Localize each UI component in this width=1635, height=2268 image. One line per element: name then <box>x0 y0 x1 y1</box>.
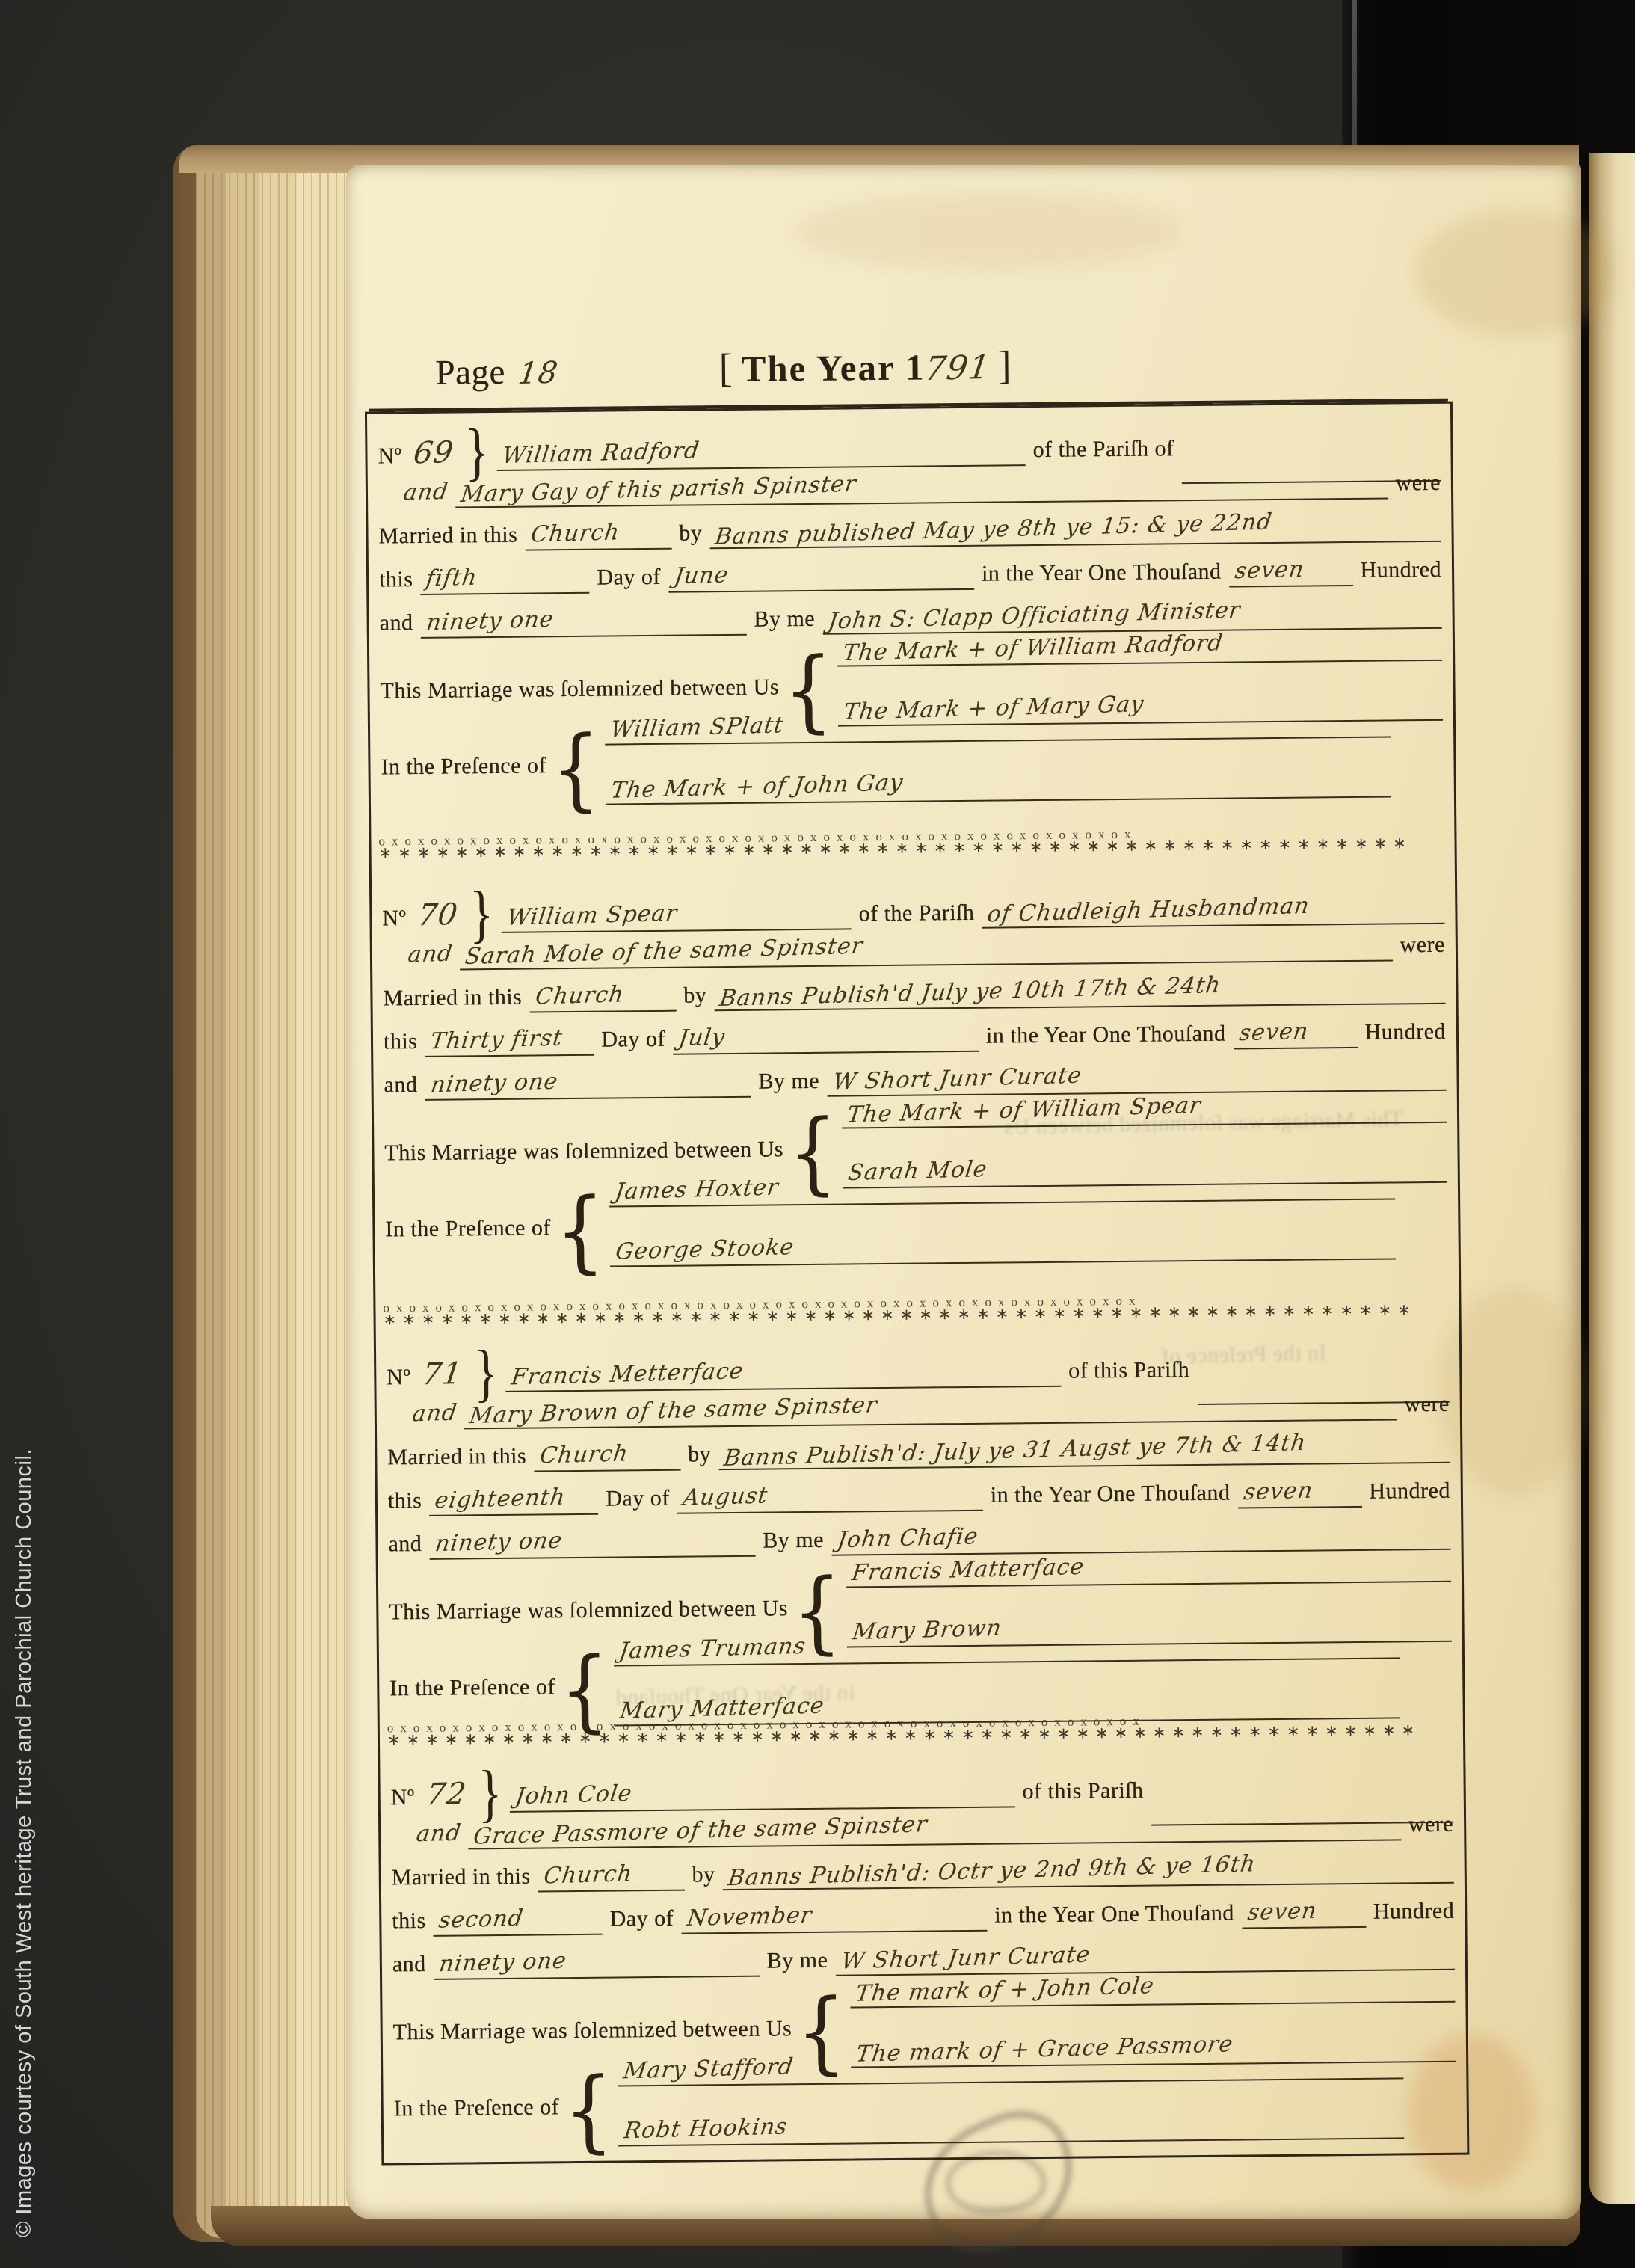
married-label: Married in this <box>383 985 522 1012</box>
by-me-label: By me <box>754 606 815 633</box>
bracket-open: [ <box>711 345 742 390</box>
witness-signatures: James Hoxter George Stooke <box>609 1162 1396 1267</box>
church-word: Church <box>538 1440 630 1469</box>
entry-number: 71 <box>420 1356 464 1392</box>
copyright-credit: © Images courtesy of South West heritage… <box>12 1400 37 2237</box>
brace-icon: { <box>551 769 600 769</box>
brace-icon: { <box>783 690 833 691</box>
century-word: seven <box>1233 556 1305 585</box>
century-word: seven <box>1242 1478 1314 1506</box>
day-blank: Thirty first <box>425 1027 594 1057</box>
marriage-entry-69: Nº 69 } William Radford of the Pariſh of… <box>378 426 1444 806</box>
church-blank: Church <box>538 1862 684 1893</box>
page-number: 18 <box>517 356 561 391</box>
groom-name-blank: William Spear <box>501 900 852 932</box>
witness-signatures: William SPlatt The Mark + of John Gay <box>604 700 1391 805</box>
parish-label: of the Pariſh <box>858 900 974 926</box>
page-stack-texture <box>179 157 366 2232</box>
year-printed: The Year 1 <box>741 346 925 389</box>
witness1-signature: James Trumans <box>618 1633 807 1665</box>
century-blank: seven <box>1242 1899 1366 1929</box>
and-label: and <box>392 1952 426 1977</box>
solemnized-label: This Marriage was ſolemnized between Us <box>389 1596 788 1625</box>
brace-icon: { <box>788 1152 837 1153</box>
solemnized-label: This Marriage was ſolemnized between Us <box>380 674 779 704</box>
witness1-line: James Trumans <box>613 1621 1400 1666</box>
day-of-label: Day of <box>597 565 661 591</box>
and-word: and <box>377 479 450 507</box>
groom-name: Francis Metterface <box>509 1358 745 1390</box>
decade-word: ninety one <box>437 1948 568 1978</box>
and-word: and <box>385 1400 458 1428</box>
decade-blank: ninety one <box>425 1069 751 1101</box>
banns-blank: Banns published May ye 8th ye 15: & ye 2… <box>709 513 1441 549</box>
register-page: This Marriage was ſolemnized between Us … <box>346 165 1581 2219</box>
day-of-label: Day of <box>606 1486 670 1512</box>
day-blank: second <box>434 1906 603 1937</box>
day-blank: fifth <box>420 565 589 595</box>
presence-label: In the Preſence of <box>385 1215 551 1242</box>
groom-signature-line: The mark of + John Cole <box>850 1965 1456 2009</box>
were-label: were <box>1408 1812 1454 1838</box>
parish-label: of the Pariſh of <box>1033 436 1174 463</box>
witness1-signature: Mary Stafford <box>621 2053 795 2084</box>
and-label: and <box>384 1072 417 1098</box>
year-label: in the Year One Thouſand <box>991 1481 1231 1508</box>
decade-word: ninety one <box>429 1069 560 1098</box>
witness2-line: The Mark + of John Gay <box>605 760 1391 805</box>
groom-name: John Cole <box>514 1780 634 1810</box>
married-label: Married in this <box>392 1864 531 1891</box>
presence-row: In the Preſence of { James Hoxter George… <box>385 1181 1448 1268</box>
presence-label: In the Preſence of <box>381 753 546 780</box>
by-label: by <box>688 1442 711 1467</box>
decade-blank: ninety one <box>420 606 746 639</box>
groom-signature: Francis Matterface <box>850 1554 1086 1586</box>
decade-blank: ninety one <box>429 1528 755 1560</box>
witness2-signature: George Stooke <box>614 1234 795 1264</box>
by-label: by <box>679 520 702 546</box>
month-blank: August <box>677 1482 983 1514</box>
day-word: second <box>437 1905 525 1934</box>
presence-row: In the Preſence of { William SPlatt The … <box>381 719 1444 806</box>
witness-signatures: James Trumans Mary Matterface <box>613 1621 1400 1726</box>
groom-name-blank: William Radford <box>496 437 1026 471</box>
presence-label: In the Preſence of <box>394 2095 560 2121</box>
entry-number: 72 <box>425 1777 469 1812</box>
groom-name: William Spear <box>505 900 678 931</box>
parish-label: of this Pariſh <box>1022 1778 1143 1805</box>
solemnized-label: This Marriage was ſolemnized between Us <box>393 2016 792 2045</box>
witness1-line: William SPlatt <box>604 700 1391 745</box>
and-word: and <box>381 941 455 969</box>
church-word: Church <box>529 519 621 547</box>
scanned-register-photo: This Marriage was ſolemnized between Us … <box>0 0 1635 2268</box>
church-word: Church <box>542 1860 634 1889</box>
hundred-label: Hundred <box>1364 1019 1446 1045</box>
register-form-box: Nº 69 } William Radford of the Pariſh of… <box>365 402 1469 2166</box>
century-blank: seven <box>1237 1478 1361 1509</box>
day-of-label: Day of <box>601 1027 665 1053</box>
parish-extra: of Chudleigh Husbandman <box>986 893 1311 928</box>
parish-label: of this Pariſh <box>1068 1357 1189 1384</box>
decade-blank: ninety one <box>434 1948 760 1980</box>
witness2-line: George Stooke <box>609 1222 1396 1267</box>
year-heading: [The Year 1791] <box>711 342 1020 391</box>
hundred-label: Hundred <box>1360 557 1441 583</box>
banns-blank: Banns Publish'd: Octr ye 2nd 9th & ye 16… <box>722 1854 1454 1890</box>
witness1-line: Mary Stafford <box>618 2041 1404 2086</box>
brace-icon: { <box>564 2110 613 2111</box>
parish-blank: of Chudleigh Husbandman <box>982 895 1444 929</box>
witness1-signature: William SPlatt <box>609 712 785 743</box>
brace-icon: { <box>560 1690 609 1691</box>
and-word: and <box>389 1820 463 1848</box>
were-label: were <box>1400 932 1445 959</box>
brace-icon: { <box>555 1231 605 1232</box>
page-header: Page 18 [The Year 1791] <box>364 338 1453 395</box>
church-blank: Church <box>534 1442 680 1472</box>
were-label: were <box>1404 1392 1450 1418</box>
by-label: by <box>683 983 706 1008</box>
bracket-close: ] <box>990 342 1020 387</box>
by-me-label: By me <box>763 1528 824 1554</box>
decade-word: ninety one <box>434 1528 564 1558</box>
this-label: this <box>384 1029 418 1054</box>
hundred-label: Hundred <box>1369 1478 1450 1505</box>
and-label: and <box>388 1531 422 1557</box>
witness2-signature: The Mark + of John Gay <box>609 769 905 804</box>
groom-name-blank: John Cole <box>509 1778 1015 1812</box>
century-blank: seven <box>1233 1019 1357 1050</box>
day-word: eighteenth <box>434 1484 567 1514</box>
groom-signature: The Mark + of William Radford <box>841 630 1225 666</box>
were-label: were <box>1395 470 1441 497</box>
ornamental-divider: oxoxoxoxoxoxoxoxoxoxoxoxoxoxoxoxoxoxoxox… <box>383 1291 1451 1337</box>
hundred-label: Hundred <box>1373 1899 1455 1925</box>
month-word: July <box>677 1024 727 1051</box>
century-blank: seven <box>1228 557 1352 588</box>
day-word: fifth <box>425 565 479 592</box>
month-blank: July <box>673 1023 979 1055</box>
by-me-label: By me <box>767 1948 828 1974</box>
entry-number-label: Nº <box>391 1785 415 1810</box>
adjacent-page-edge <box>1589 153 1635 2204</box>
brace-icon: { <box>796 2032 846 2032</box>
marriage-entry-70: Nº 70 } William Spear of the Pariſh of C… <box>382 888 1448 1268</box>
decade-word: ninety one <box>425 606 555 636</box>
solemnized-label: This Marriage was ſolemnized between Us <box>384 1137 783 1166</box>
month-word: August <box>681 1483 769 1511</box>
entry-number-label: Nº <box>382 906 406 931</box>
witness2-signature: Robt Hookins <box>622 2113 789 2144</box>
church-blank: Church <box>529 983 676 1013</box>
ornamental-divider: oxoxoxoxoxoxoxoxoxoxoxoxoxoxoxoxoxoxoxox… <box>378 824 1447 870</box>
this-label: this <box>379 567 413 592</box>
entry-number: 69 <box>411 435 455 470</box>
by-label: by <box>692 1862 715 1887</box>
day-blank: eighteenth <box>429 1486 598 1516</box>
groom-signature-line: Francis Matterface <box>846 1545 1451 1588</box>
year-label: in the Year One Thouſand <box>994 1901 1234 1929</box>
century-word: seven <box>1246 1898 1318 1926</box>
banns-blank: Banns Publish'd July ye 10th 17th & 24th <box>714 975 1446 1011</box>
groom-signature: The mark of + John Cole <box>854 1973 1156 2007</box>
witness2-line: Robt Hookins <box>618 2101 1404 2146</box>
marriage-entry-71: Nº 71 } Francis Metterface of this Pariſ… <box>387 1347 1453 1727</box>
and-label: and <box>380 610 413 636</box>
married-label: Married in this <box>387 1444 526 1471</box>
witness1-signature: James Hoxter <box>613 1174 780 1205</box>
church-blank: Church <box>525 520 671 551</box>
day-of-label: Day of <box>610 1906 674 1932</box>
entry-number-label: Nº <box>378 443 401 469</box>
groom-signature-line: The Mark + of William Radford <box>837 624 1442 667</box>
page-content: Page 18 [The Year 1791] Nº 69 } William … <box>336 159 1591 2225</box>
presence-label: In the Preſence of <box>389 1674 555 1701</box>
year-handwritten: 791 <box>923 348 993 388</box>
day-word: Thirty first <box>429 1025 564 1055</box>
witness1-line: James Hoxter <box>609 1162 1395 1207</box>
marriage-entry-72: Nº 72 } John Cole of this Pariſh and Gra… <box>390 1768 1456 2148</box>
married-label: Married in this <box>378 523 517 550</box>
year-label: in the Year One Thouſand <box>982 559 1222 587</box>
brace-icon: { <box>792 1611 842 1612</box>
month-blank: June <box>668 561 974 593</box>
church-word: Church <box>534 981 626 1009</box>
entry-number: 70 <box>416 897 460 932</box>
this-label: this <box>388 1488 422 1513</box>
this-label: this <box>392 1908 426 1934</box>
groom-signature: The Mark + of William Spear <box>846 1092 1203 1128</box>
entry-number-label: Nº <box>387 1365 410 1390</box>
groom-name: William Radford <box>500 437 701 469</box>
groom-signature-line: The Mark + of William Spear <box>841 1086 1447 1129</box>
century-word: seven <box>1237 1018 1310 1047</box>
groom-name-blank: Francis Metterface <box>505 1358 1062 1392</box>
page-label: Page <box>435 352 505 393</box>
year-label: in the Year One Thouſand <box>986 1021 1226 1049</box>
month-word: November <box>686 1902 814 1932</box>
banns-blank: Banns Publish'd: July ye 31 Augst ye 7th… <box>718 1434 1450 1470</box>
month-word: June <box>673 562 730 589</box>
month-blank: November <box>681 1902 987 1934</box>
presence-row: In the Preſence of { Mary Stafford Robt … <box>393 2061 1456 2148</box>
witness-signatures: Mary Stafford Robt Hookins <box>618 2041 1405 2146</box>
by-me-label: By me <box>758 1069 819 1095</box>
